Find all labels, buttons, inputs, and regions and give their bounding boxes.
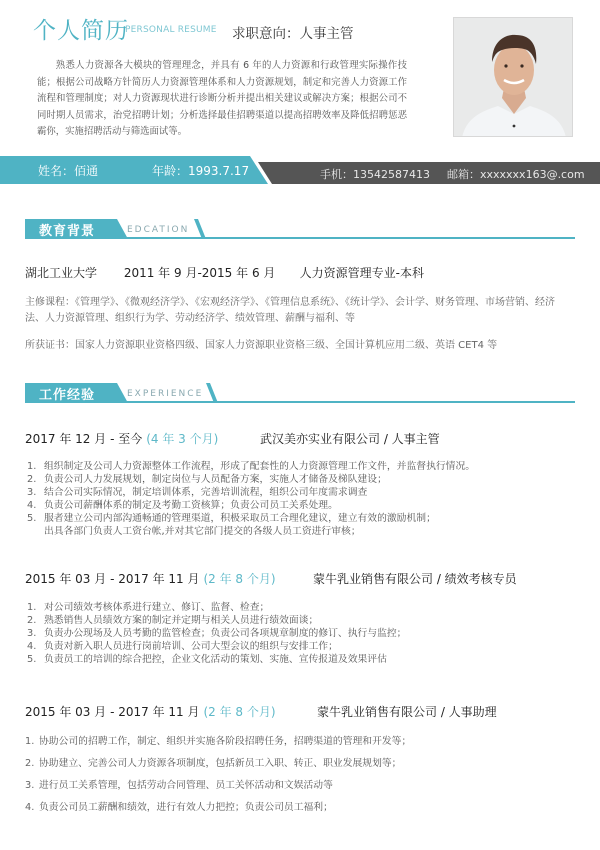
job-duties: 1.协助公司的招聘工作，制定、组织并实施各阶段招聘任务，招聘渠道的管理和开发等；… <box>25 731 585 819</box>
job-objective: 求职意向：人事主管 <box>232 22 354 42</box>
personal-info-bar: 姓名：佰通 年龄：1993.7.17 手机：13542587413 邮箱：xxx… <box>0 156 600 184</box>
duty-item: 4.负责公司薪酬体系的制定及考勤工资核算；负责公司员工关系处理。 <box>25 499 585 512</box>
job-company-title: 蒙牛乳业销售有限公司 / 绩效考核专员 <box>313 570 517 587</box>
duty-item: 3.结合公司实际情况，制定培训体系，完善培训流程，组织公司年度需求调查 <box>25 486 585 499</box>
education-entry: 湖北工业大学 2011 年 9 月-2015 年 6 月 人力资源管理专业-本科 <box>25 264 575 281</box>
duty-item: 4.负责公司员工薪酬和绩效，进行有效人力把控；负责公司员工福利； <box>25 797 585 819</box>
slash-decoration-icon <box>206 383 218 403</box>
self-summary: 熟悉人力资源各大模块的管理理念，并具有 6 年的人力资源和行政管理实际操作技能；… <box>37 58 407 141</box>
experience-heading-en: EXPERIENCE <box>127 389 203 399</box>
education-major: 人力资源管理专业-本科 <box>300 264 424 281</box>
slash-decoration-icon <box>194 219 206 239</box>
phone-field: 手机：13542587413 <box>320 166 430 182</box>
duty-item: 1.对公司绩效考核体系进行建立、修订、监督、检查； <box>25 601 585 614</box>
courses-list: 主修课程：《管理学》、《微观经济学》、《宏观经济学》、《管理信息系统》、《统计学… <box>25 295 555 327</box>
section-tab: 工作经验 <box>25 383 128 403</box>
duty-item: 1.协助公司的招聘工作，制定、组织并实施各阶段招聘任务，招聘渠道的管理和开发等； <box>25 731 585 753</box>
job-entry: 2015 年 03 月 - 2017 年 11 月(2 年 8 个月) 蒙牛乳业… <box>25 703 585 819</box>
experience-heading: 工作经验 <box>39 384 95 403</box>
resume-title: 个人简历 <box>33 12 129 45</box>
profile-photo <box>453 17 573 137</box>
education-heading: 教育背景 <box>39 220 95 239</box>
job-company-title: 武汉美亦实业有限公司 / 人事主管 <box>260 430 440 447</box>
job-duration: (2 年 8 个月) <box>203 705 275 719</box>
duty-item: 2.负责公司人力发展规划，制定岗位与人员配备方案，实施人才储备及梯队建设； <box>25 473 585 486</box>
job-entry: 2017 年 12 月 - 至今(4 年 3 个月) 武汉美亦实业有限公司 / … <box>25 430 585 538</box>
school-name: 湖北工业大学 <box>25 264 120 281</box>
certificates-list: 所获证书：国家人力资源职业资格四级、国家人力资源职业资格三级、全国计算机应用二级… <box>25 336 575 351</box>
job-header: 2015 年 03 月 - 2017 年 11 月(2 年 8 个月) 蒙牛乳业… <box>25 570 585 586</box>
name-field: 姓名：佰通 <box>38 162 98 179</box>
section-tab: 教育背景 <box>25 219 128 239</box>
education-section: 湖北工业大学 2011 年 9 月-2015 年 6 月 人力资源管理专业-本科… <box>25 264 575 351</box>
duty-item: 3.进行员工关系管理，包括劳动合同管理、员工关怀活动和文娱活动等 <box>25 775 585 797</box>
job-header: 2017 年 12 月 - 至今(4 年 3 个月) 武汉美亦实业有限公司 / … <box>25 430 585 446</box>
job-duration: (2 年 8 个月) <box>203 572 275 586</box>
experience-section-header: 工作经验 EXPERIENCE <box>25 383 575 403</box>
duty-item: 5.负责员工的培训的综合把控，企业文化活动的策划、实施、宣传报道及效果评估 <box>25 653 585 666</box>
job-dates: 2015 年 03 月 - 2017 年 11 月 <box>25 703 199 720</box>
duty-item: 2.协助建立、完善公司人力资源各项制度，包括新员工入职、转正、职业发展规划等； <box>25 753 585 775</box>
job-company-title: 蒙牛乳业销售有限公司 / 人事助理 <box>317 703 497 720</box>
duty-item: 4.负责对新入职人员进行岗前培训、公司大型会议的组织与安排工作； <box>25 640 585 653</box>
duty-item: 3.负责办公现场及人员考勤的监管检查；负责公司各项规章制度的修订、执行与监控； <box>25 627 585 640</box>
education-heading-en: EDCATION <box>127 225 189 235</box>
person-portrait-icon <box>454 18 573 137</box>
email-field: 邮箱：xxxxxxx163@.com <box>447 166 585 182</box>
resume-header: 个人简历 PERSONAL RESUME 求职意向：人事主管 熟悉人力资源各大模… <box>0 0 600 150</box>
resume-title-en: PERSONAL RESUME <box>125 25 217 35</box>
duty-item: 5.服者建立公司内部沟通畅通的管理渠道，积极采取员工合理化建议，建立有效的激励机… <box>25 512 585 525</box>
job-dates: 2015 年 03 月 - 2017 年 11 月 <box>25 570 199 587</box>
job-entry: 2015 年 03 月 - 2017 年 11 月(2 年 8 个月) 蒙牛乳业… <box>25 570 585 666</box>
education-section-header: 教育背景 EDCATION <box>25 219 575 239</box>
job-duration: (4 年 3 个月) <box>146 432 218 446</box>
job-dates: 2017 年 12 月 - 至今 <box>25 430 142 447</box>
duty-item: 2.熟悉销售人员绩效方案的制定并定期与相关人员进行绩效面谈； <box>25 614 585 627</box>
job-duties: 1.对公司绩效考核体系进行建立、修订、监督、检查； 2.熟悉销售人员绩效方案的制… <box>25 601 585 666</box>
duty-item: 1.组织制定及公司人力资源整体工作流程，形成了配套性的人力资源管理工作文件，并监… <box>25 460 585 473</box>
birthdate-field: 年龄：1993.7.17 <box>152 162 249 179</box>
job-header: 2015 年 03 月 - 2017 年 11 月(2 年 8 个月) 蒙牛乳业… <box>25 703 585 719</box>
job-duties: 1.组织制定及公司人力资源整体工作流程，形成了配套性的人力资源管理工作文件，并监… <box>25 460 585 538</box>
education-dates: 2011 年 9 月-2015 年 6 月 <box>124 264 296 281</box>
duty-item: 出具各部门负责人工资台帐,并对其它部门提交的各级人员工资进行审核； <box>25 525 585 538</box>
